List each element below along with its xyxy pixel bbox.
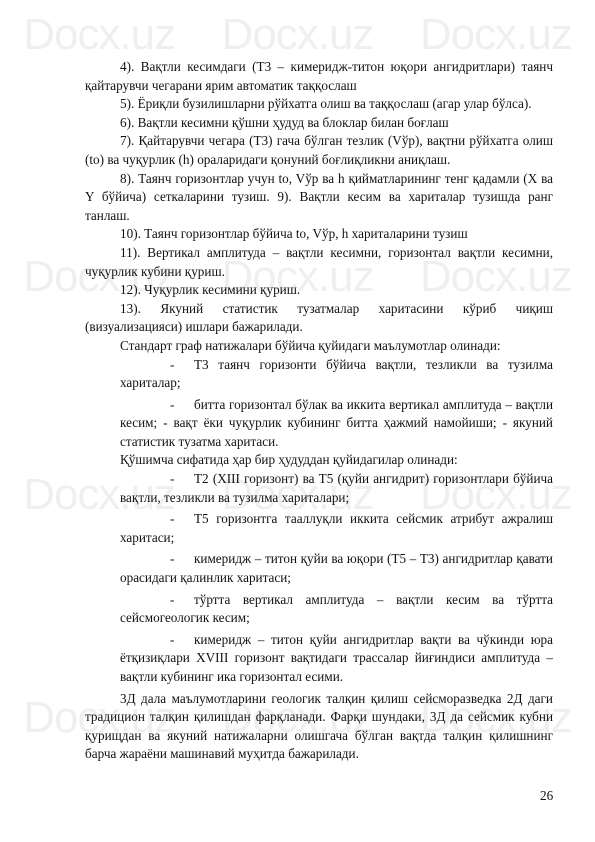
bullet-dash: - (170, 470, 194, 489)
watermark-row: Docx.uz Docx.uz Docx.uz (0, 10, 595, 60)
standard-results-intro: Стандарт граф натижалари бўйича қуйидаги… (85, 337, 553, 356)
bullet-dash: - (170, 356, 194, 375)
list-item: -Т5 горизонтга тааллуқли иккита сейсмик … (85, 510, 553, 547)
list-item: -Т3 таянч горизонти бўйича вақтли, тезли… (85, 356, 553, 393)
list-item: -Т2 (XIII горизонт) ва Т5 (қуйи ангидрит… (85, 470, 553, 507)
bullet-dash: - (170, 396, 194, 415)
page-number: 26 (540, 788, 553, 804)
bullet-dash: - (170, 550, 194, 569)
document-page: 4). Вақтли кесимдаги (Т3 – кимеридж-тито… (85, 58, 553, 764)
paragraph-step-7: 7). Қайтарувчи чегара (Т3) гача бўлган т… (85, 132, 553, 169)
paragraph-step-10: 10). Таянч горизонтлар бўйича to, Vўр, h… (85, 225, 553, 244)
paragraph-step-11: 11). Вертикал амплитуда – вақтли кесимни… (85, 244, 553, 281)
list-item: -кимеридж – титон қуйи ва юқори (Т5 – Т3… (85, 550, 553, 587)
bullet-dash: - (170, 631, 194, 650)
watermark-text: Docx.uz (222, 10, 374, 60)
paragraph-step-5: 5). Ёриқли бузилишларни рўйхатга олиш ва… (85, 95, 553, 114)
bullet-dash: - (170, 591, 194, 610)
bullet-dash: - (170, 510, 194, 529)
paragraph-step-12: 12). Чуқурлик кесимини қуриш. (85, 281, 553, 300)
paragraph-step-6: 6). Вақтли кесимни қўшни ҳудуд ва блокла… (85, 114, 553, 133)
watermark-text: Docx.uz (23, 10, 175, 60)
closing-paragraph: 3Д дала маълумотларини геологик талқин қ… (85, 690, 553, 764)
paragraph-step-8-9: 8). Таянч горизонтлар учун to, Vўр ва h … (85, 170, 553, 226)
paragraph-step-13: 13). Якуний статистик тузатмалар харитас… (85, 300, 553, 337)
additional-results-intro: Қўшимча сифатида ҳар бир ҳудуддан қуйида… (85, 451, 553, 470)
list-item: -кимеридж – титон қуйи ангидритлар вақти… (85, 631, 553, 687)
list-item: -битта горизонтал бўлак ва иккита вертик… (85, 396, 553, 452)
list-item: -тўртта вертикал амплитуда – вақтли кеси… (85, 591, 553, 628)
watermark-text: Docx.uz (420, 10, 572, 60)
paragraph-step-4: 4). Вақтли кесимдаги (Т3 – кимеридж-тито… (85, 58, 553, 95)
